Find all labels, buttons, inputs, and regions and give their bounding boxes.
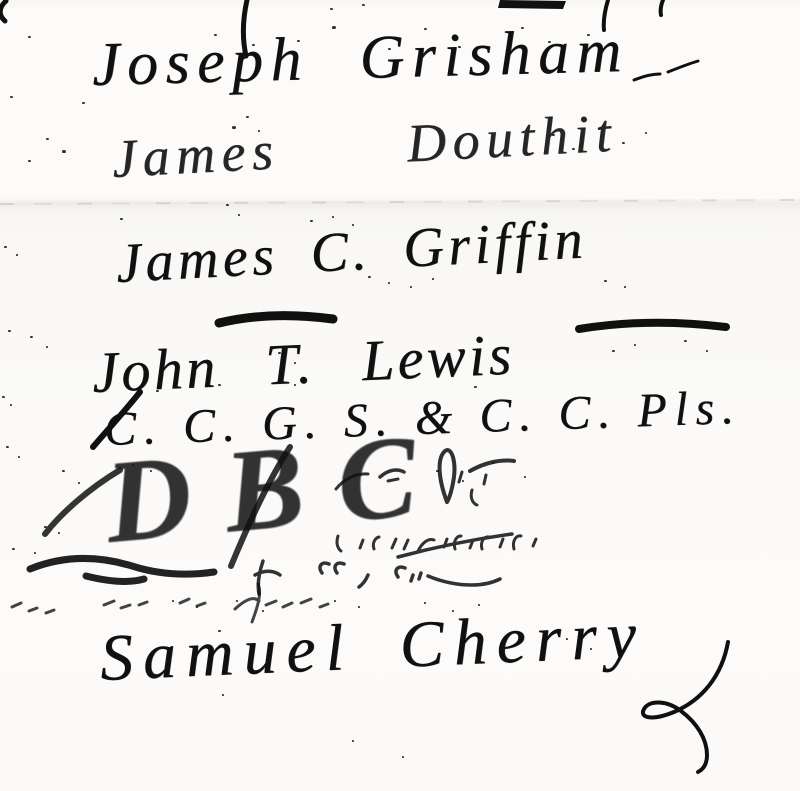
flourish-dash-right [579,323,726,329]
signature-initials-monogram: D B C [101,417,424,562]
scanned-document-page: Joseph Grisham James Douthit James C. Gr… [0,0,800,791]
ink-speck [46,346,48,348]
cherry-tail-flourish [643,642,728,772]
ink-speck [58,532,60,534]
ink-speck [16,254,18,256]
ink-speck [478,604,480,606]
ink-speck [236,600,238,602]
ink-speck [352,740,354,742]
ink-speck [462,480,464,482]
ink-speck [150,470,152,472]
signature-text: Joseph Grisham [91,17,629,99]
ink-speck [226,652,228,654]
ink-speck [196,606,198,608]
ink-speck [34,552,36,554]
signature-text: D B C [100,410,424,568]
ink-speck [566,638,568,640]
signature-joseph-grisham: Joseph Grisham [91,20,629,96]
ink-speck [388,282,390,284]
ink-speck [18,456,20,458]
ink-speck [222,694,224,696]
ink-speck [452,610,454,612]
ink-speck [645,132,647,134]
t-cross-heavy-dash-left [219,316,333,323]
ink-speck [332,216,334,218]
ink-speck [238,214,240,216]
ink-speck [624,286,626,288]
ink-speck [358,606,360,608]
ink-speck [294,384,296,386]
ink-speck [492,462,494,464]
ink-speck [258,130,260,132]
ink-speck [590,648,592,650]
grisham-tail-dashes [634,61,698,80]
ink-speck [402,756,404,758]
ink-speck [262,610,264,612]
ink-speck [132,464,134,466]
ink-speck [424,602,426,604]
ink-speck [352,224,354,226]
ink-speck [294,362,296,364]
ink-speck [10,404,12,406]
ink-speck [432,278,434,280]
faded-scribbles [255,561,500,594]
ink-speck [706,350,708,352]
ink-speck [78,482,80,484]
ink-speck [334,600,336,602]
ink-speck [524,476,526,478]
ink-speck [634,344,636,346]
ink-speck [410,286,412,288]
ink-speck [172,600,174,602]
